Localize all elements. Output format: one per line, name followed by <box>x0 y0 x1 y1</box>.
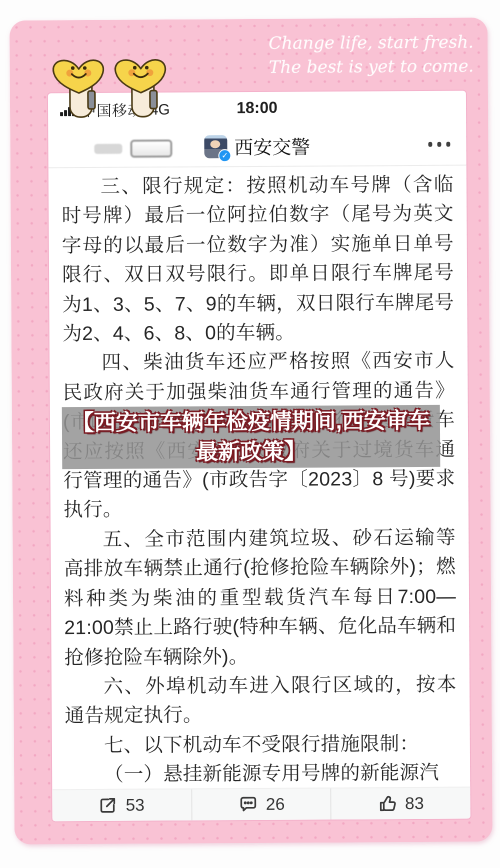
account-name: 西安交警 <box>234 132 310 159</box>
account-avatar: ✓ <box>204 135 227 158</box>
action-bar: 53 26 83 <box>52 787 470 822</box>
thumbs-up-icon <box>378 794 397 813</box>
decorative-script-text: Change life, start fresh. The best is ye… <box>269 31 474 80</box>
heart-smiley-stickers <box>48 34 173 124</box>
like-button[interactable]: 83 <box>331 788 471 820</box>
share-icon <box>99 796 118 815</box>
more-menu-button[interactable] <box>428 142 451 147</box>
official-account[interactable]: ✓ 西安交警 <box>48 125 466 168</box>
pink-photo-frame: Change life, start fresh. The best is ye… <box>9 18 492 845</box>
verified-badge-icon: ✓ <box>218 149 231 162</box>
script-line-1: Change life, start fresh. <box>269 31 474 56</box>
comment-button[interactable]: 26 <box>191 789 331 821</box>
comment-count: 26 <box>266 794 285 814</box>
share-count: 53 <box>126 795 145 815</box>
article-paragraph: 三、限行规定：按照机动车号牌（含临时号牌）最后一位阿拉伯数字（尾号为英文字母的以… <box>61 171 454 350</box>
article-paragraph: 五、全市范围内建筑垃圾、砂石运输等高排放车辆禁止通行(抢修抢险车辆除外)；燃料种… <box>64 524 457 673</box>
caption-overlay: 【西安市车辆年检疫情期间,西安审车最新政策】 <box>62 405 440 469</box>
heart-finger-sticker-icon <box>48 34 173 119</box>
like-count: 83 <box>405 793 424 813</box>
article-paragraph: 六、外埠机动车进入限行区域的，按本通告规定执行。 <box>64 671 456 732</box>
caption-text: 【西安市车辆年检疫情期间,西安审车最新政策】 <box>66 406 436 468</box>
article-paragraph: 七、以下机动车不受限行措施限制： <box>65 729 457 761</box>
phone-screenshot: 中国移动 4G 18:00 ✓ 西安交警 三、限行规定：按照机动车号牌（含临时号… <box>48 91 470 822</box>
article-paragraph: （一）悬挂新能源专用号牌的新能源汽 <box>65 759 457 791</box>
comment-icon <box>238 795 258 814</box>
article-header: ✓ 西安交警 <box>48 125 466 169</box>
article-body: 三、限行规定：按照机动车号牌（含临时号牌）最后一位阿拉伯数字（尾号为英文字母的以… <box>48 166 470 791</box>
script-line-2: The best is yet to come. <box>269 55 474 80</box>
share-button[interactable]: 53 <box>52 789 191 821</box>
